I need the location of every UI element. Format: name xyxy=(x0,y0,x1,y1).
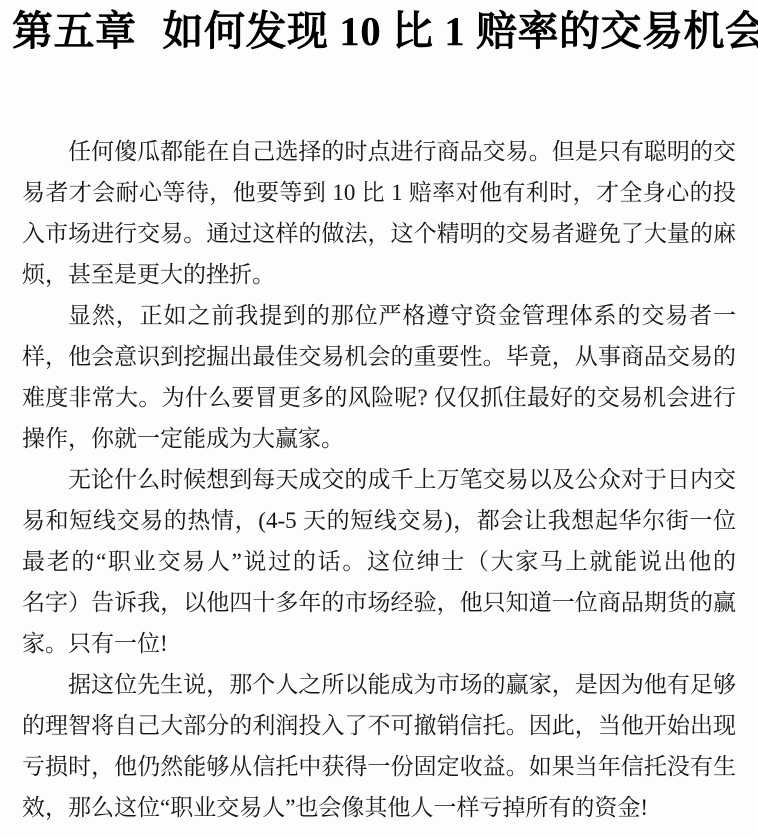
paragraph-3: 无论什么时候想到每天成交的成千上万笔交易以及公众对于日内交 易和短线交易的热情，… xyxy=(22,459,736,664)
text-line: 据这位先生说，那个人之所以能成为市场的赢家，是因为他有足够 xyxy=(22,664,736,705)
text-line: 操作，你就一定能成为大赢家。 xyxy=(22,418,736,459)
text-line: 亏损时，他仍然能够从信托中获得一份固定收益。如果当年信托没有生 xyxy=(22,746,736,787)
text-line: 入市场进行交易。通过这样的做法，这个精明的交易者避免了大量的麻 xyxy=(22,213,736,254)
text-line: 家。只有一位! xyxy=(22,623,736,664)
chapter-number: 第五章 xyxy=(12,8,137,54)
text-line: 效，那么这位“职业交易人”也会像其他人一样亏掉所有的资金! xyxy=(22,787,736,828)
book-page: 第五章如何发现 10 比 1 赔率的交易机会 任何傻瓜都能在自己选择的时点进行商… xyxy=(0,0,758,838)
text-line: 烦，甚至是更大的挫折。 xyxy=(22,254,736,295)
text-line: 名字）告诉我，以他四十多年的市场经验，他只知道一位商品期货的赢 xyxy=(22,582,736,623)
text-line: 的理智将自己大部分的利润投入了不可撤销信托。因此，当他开始出现 xyxy=(22,705,736,746)
text-line: 易者才会耐心等待，他要等到 10 比 1 赔率对他有利时，才全身心的投 xyxy=(22,172,736,213)
text-line: 难度非常大。为什么要冒更多的风险呢? 仅仅抓住最好的交易机会进行 xyxy=(22,377,736,418)
text-line: 易和短线交易的热情，(4-5 天的短线交易)，都会让我想起华尔街一位 xyxy=(22,500,736,541)
chapter-title: 第五章如何发现 10 比 1 赔率的交易机会 xyxy=(0,4,758,58)
text-line: 无论什么时候想到每天成交的成千上万笔交易以及公众对于日内交 xyxy=(22,459,736,500)
text-line: 样，他会意识到挖掘出最佳交易机会的重要性。毕竟，从事商品交易的 xyxy=(22,336,736,377)
text-line: 显然，正如之前我提到的那位严格遵守资金管理体系的交易者一 xyxy=(22,295,736,336)
text-line: 任何傻瓜都能在自己选择的时点进行商品交易。但是只有聪明的交 xyxy=(22,131,736,172)
paragraph-4: 据这位先生说，那个人之所以能成为市场的赢家，是因为他有足够 的理智将自己大部分的… xyxy=(22,664,736,828)
text-line: 最老的“职业交易人”说过的话。这位绅士（大家马上就能说出他的 xyxy=(22,541,736,582)
paragraph-2: 显然，正如之前我提到的那位严格遵守资金管理体系的交易者一 样，他会意识到挖掘出最… xyxy=(22,295,736,459)
page-body: 任何傻瓜都能在自己选择的时点进行商品交易。但是只有聪明的交 易者才会耐心等待，他… xyxy=(22,131,736,828)
paragraph-1: 任何傻瓜都能在自己选择的时点进行商品交易。但是只有聪明的交 易者才会耐心等待，他… xyxy=(22,131,736,295)
chapter-heading: 如何发现 10 比 1 赔率的交易机会 xyxy=(163,8,758,54)
